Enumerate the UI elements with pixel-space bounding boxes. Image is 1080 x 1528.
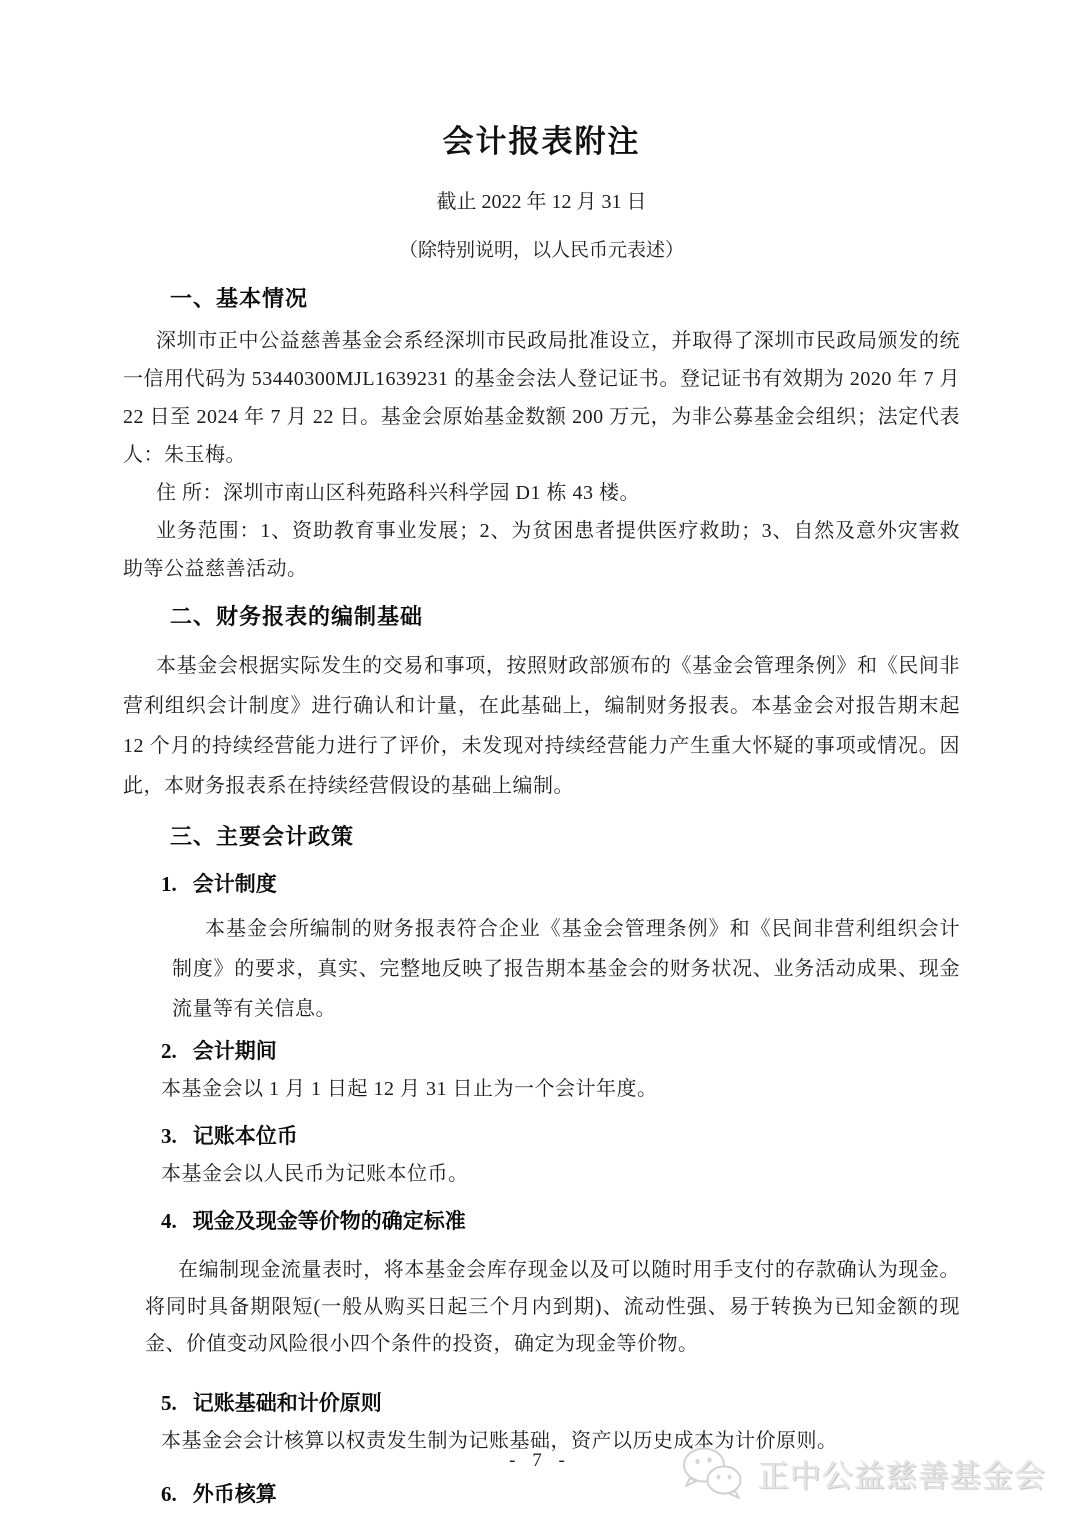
item-number: 4. [161,1207,177,1235]
item-title: 会计期间 [193,1038,277,1066]
item-title: 记账本位币 [193,1123,298,1151]
paragraph: 在编制现金流量表时，将本基金会库存现金以及可以随时用手支付的存款确认为现金。将同… [145,1252,960,1363]
paragraph: 本基金会以 1 月 1 日起 12 月 31 日止为一个会计年度。 [161,1072,960,1106]
section-basic-information: 一、基本情况 深圳市正中公益慈善基金会系经深圳市民政局批准设立，并取得了深圳市民… [123,284,960,588]
paragraph: 住 所：深圳市南山区科苑路科兴科学园 D1 栋 43 楼。 [123,474,960,512]
paragraph: 本基金会以人民币为记账本位币。 [161,1157,960,1191]
paragraph: 深圳市正中公益慈善基金会系经深圳市民政局批准设立，并取得了深圳市民政局颁发的统一… [123,322,960,474]
report-date: 截止 2022 年 12 月 31 日 [123,188,960,216]
item-heading: 1. 会计制度 [161,870,960,899]
paragraph: 业务范围：1、资助教育事业发展；2、为贫困患者提供医疗救助；3、自然及意外灾害救… [123,512,960,588]
item-heading: 2. 会计期间 [161,1037,960,1066]
paragraph: 本基金会所编制的财务报表符合企业《基金会管理条例》和《民间非营利组织会计制度》的… [172,909,960,1029]
item-number: 5. [161,1389,177,1417]
policy-item-cash-equivalents: 4. 现金及现金等价物的确定标准 在编制现金流量表时，将本基金会库存现金以及可以… [161,1207,960,1363]
policy-items: 1. 会计制度 本基金会所编制的财务报表符合企业《基金会管理条例》和《民间非营利… [161,870,960,1509]
policy-item-accounting-system: 1. 会计制度 本基金会所编制的财务报表符合企业《基金会管理条例》和《民间非营利… [161,870,960,1029]
item-title: 外币核算 [193,1481,277,1509]
section-preparation-basis: 二、财务报表的编制基础 本基金会根据实际发生的交易和事项，按照财政部颁布的《基金… [123,602,960,806]
section-heading: 一、基本情况 [170,284,960,314]
paragraph: 本基金会根据实际发生的交易和事项，按照财政部颁布的《基金会管理条例》和《民间非营… [123,646,960,806]
item-title: 现金及现金等价物的确定标准 [193,1208,466,1236]
watermark: 正中公益慈善基金会 [680,1444,1046,1502]
item-heading: 3. 记账本位币 [161,1122,960,1151]
document-content: 会计报表附注 截止 2022 年 12 月 31 日 （除特别说明，以人民币元表… [0,0,1080,1509]
policy-item-accounting-period: 2. 会计期间 本基金会以 1 月 1 日起 12 月 31 日止为一个会计年度… [161,1037,960,1106]
policy-item-functional-currency: 3. 记账本位币 本基金会以人民币为记账本位币。 [161,1122,960,1191]
section-heading: 二、财务报表的编制基础 [170,602,960,632]
document-page: 会计报表附注 截止 2022 年 12 月 31 日 （除特别说明，以人民币元表… [0,0,1080,1528]
currency-note: （除特别说明，以人民币元表述） [123,238,960,264]
section-accounting-policies: 三、主要会计政策 1. 会计制度 本基金会所编制的财务报表符合企业《基金会管理条… [123,822,960,1509]
item-title: 记账基础和计价原则 [193,1390,382,1418]
item-number: 1. [161,870,177,898]
item-title: 会计制度 [193,871,277,899]
item-number: 2. [161,1037,177,1065]
page-title: 会计报表附注 [123,120,960,164]
watermark-text: 正中公益慈善基金会 [758,1451,1046,1496]
item-number: 3. [161,1122,177,1150]
item-number: 6. [161,1480,177,1508]
wechat-icon [680,1444,746,1502]
section-heading: 三、主要会计政策 [170,822,960,852]
item-heading: 4. 现金及现金等价物的确定标准 [161,1207,960,1236]
item-heading: 5. 记账基础和计价原则 [161,1389,960,1418]
